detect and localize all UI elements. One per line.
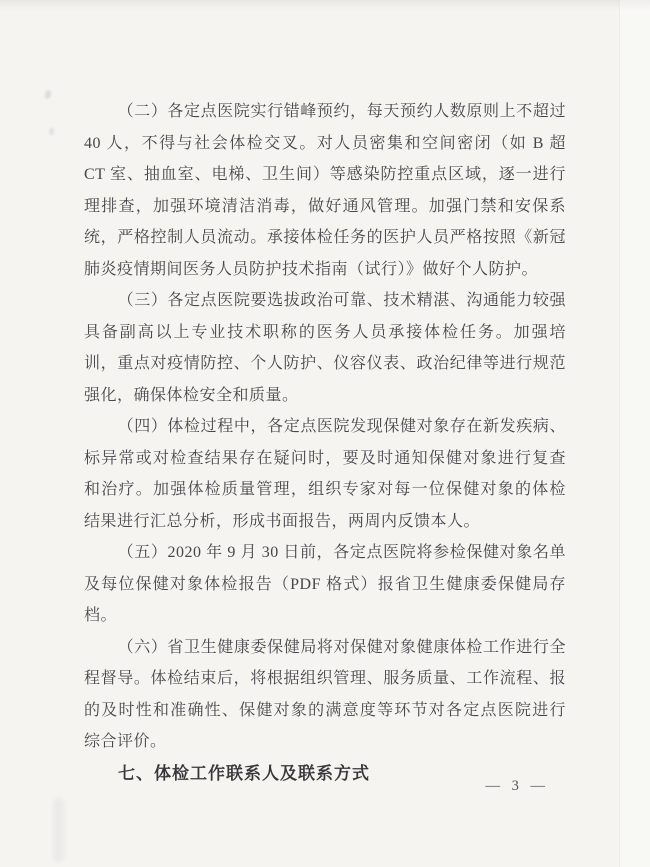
text-line: 的及时性和准确性、保健对象的满意度等环节对各定点医院进行	[84, 695, 566, 727]
text-line: 标异常或对检查结果存在疑问时，要及时通知保健对象进行复查	[84, 443, 566, 475]
text-line: （二）各定点医院实行错峰预约，每天预约人数原则上不超过	[84, 96, 566, 128]
text-line: 程督导。体检结束后，将根据组织管理、服务质量、工作流程、报告	[84, 663, 566, 695]
text-line: 综合评价。	[84, 726, 566, 758]
text-line: （四）体检过程中，各定点医院发现保健对象存在新发疾病、指	[84, 411, 566, 443]
text-line: 训，重点对疫情防控、个人防护、仪容仪表、政治纪律等进行规范和	[84, 348, 566, 380]
scanned-document-page: （二）各定点医院实行错峰预约，每天预约人数原则上不超过40 人，不得与社会体检交…	[0, 0, 650, 867]
text-line: 和治疗。加强体检质量管理，组织专家对每一位保健对象的体检	[84, 474, 566, 506]
scan-smudge	[53, 798, 64, 862]
text-line: 强化，确保体检安全和质量。	[84, 380, 566, 412]
text-line: CT 室、抽血室、电梯、卫生间）等感染防控重点区域，逐一进行梳	[84, 159, 566, 191]
body-text: （二）各定点医院实行错峰预约，每天预约人数原则上不超过40 人，不得与社会体检交…	[84, 96, 566, 789]
text-line: 及每位保健对象体检报告（PDF 格式）报省卫生健康委保健局存	[84, 569, 566, 601]
text-line: 肺炎疫情期间医务人员防护技术指南（试行）》做好个人防护。	[84, 254, 566, 286]
page-number: — 3 —	[486, 778, 550, 795]
text-line: 理排查，加强环境清洁消毒，做好通风管理。加强门禁和安保系	[84, 191, 566, 223]
text-line: （六）省卫生健康委保健局将对保健对象健康体检工作进行全	[84, 632, 566, 664]
scan-smudge	[49, 128, 54, 135]
text-line: （五）2020 年 9 月 30 日前，各定点医院将参检保健对象名单	[84, 537, 566, 569]
text-line: 具备副高以上专业技术职称的医务人员承接体检任务。加强培	[84, 317, 566, 349]
scan-smudge	[44, 89, 53, 100]
text-line: 结果进行汇总分析，形成书面报告，两周内反馈本人。	[84, 506, 566, 538]
text-line: 统，严格控制人员流动。承接体检任务的医护人员严格按照《新冠	[84, 222, 566, 254]
text-line: 档。	[84, 600, 566, 632]
paper-edge	[619, 0, 650, 867]
text-line: （三）各定点医院要选拔政治可靠、技术精湛、沟通能力较强且	[84, 285, 566, 317]
text-line: 40 人，不得与社会体检交叉。对人员密集和空间密闭（如 B 超室、	[84, 128, 566, 160]
